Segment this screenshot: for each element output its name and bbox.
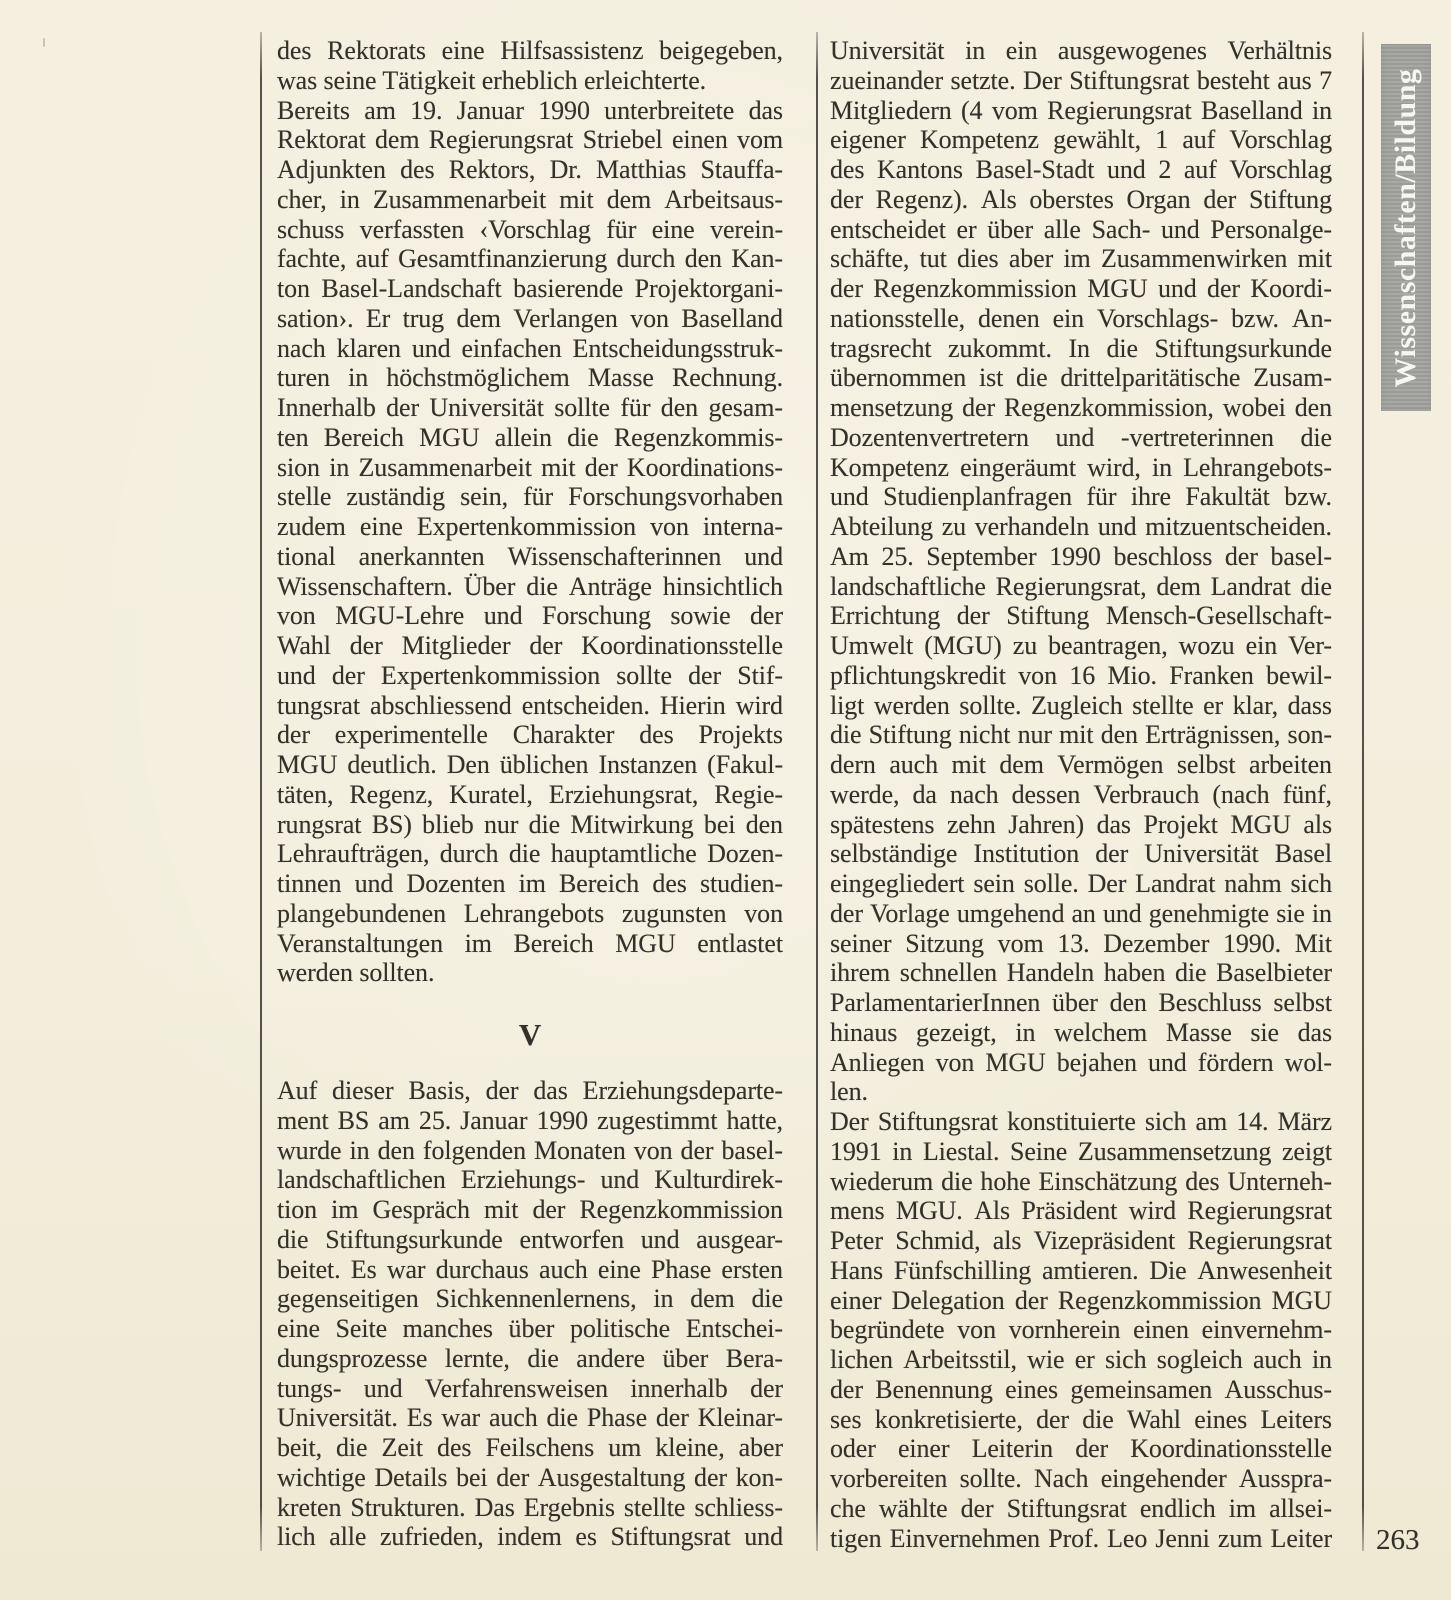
text-line: tigenEinvernehmenProf.LeoJennizumLeiter: [830, 1524, 1332, 1554]
text-line: Bereitsam19.Januar1990unterbreitetedas: [277, 96, 783, 126]
text-line: wiederumdiehoheEinschätzungdesUnterneh-: [830, 1167, 1332, 1197]
scanned-book-page: desRektoratseineHilfsassistenzbeigegeben…: [0, 0, 1451, 1600]
page-number: 263: [1376, 1524, 1420, 1556]
text-line: cher,inZusammenarbeitmitdemArbeitsaus-: [277, 185, 783, 215]
text-line: DerStiftungsratkonstituiertesicham14.Mär…: [830, 1107, 1332, 1137]
text-line: seinerSitzungvom13.Dezember1990.Mit: [830, 929, 1332, 959]
text-line: nachklarenundeinfachenEntscheidungsstruk…: [277, 334, 783, 364]
text-line: tonBasel-LandschaftbasierendeProjektorga…: [277, 274, 783, 304]
text-line: AnliegenvonMGUbejahenundfördernwol-: [830, 1048, 1332, 1078]
text-line: sation›.ErtrugdemVerlangenvonBaselland: [277, 304, 783, 334]
text-line: ParlamentarierInnenüberdenBeschlussselbs…: [830, 988, 1332, 1018]
text-line: wurdeindenfolgendenMonatenvonderbasel-: [277, 1136, 783, 1166]
text-line: wichtigeDetailsbeiderAusgestaltungderkon…: [277, 1463, 783, 1493]
text-line: Abteilungzuverhandelnundmitzuentscheiden…: [830, 512, 1332, 542]
text-line: dernauchmitdemVermögenselbstarbeiten: [830, 750, 1332, 780]
text-line: RektoratdemRegierungsratStriebeleinenvom: [277, 125, 783, 155]
text-line: 1991inLiestal.SeineZusammensetzungzeigt: [830, 1137, 1332, 1167]
text-line: was seine Tätigkeit erheblich erleichter…: [277, 66, 783, 96]
left-text-column: desRektoratseineHilfsassistenzbeigegeben…: [277, 36, 783, 1552]
text-line: schäfte,tutdiesaberimZusammenwirkenmit: [830, 244, 1332, 274]
text-line: zudemeineExpertenkommissionvoninterna-: [277, 512, 783, 542]
text-line: AufdieserBasis,derdasErziehungsdeparte-: [277, 1076, 783, 1106]
text-line: tungsratabschliessendentscheiden.Hierinw…: [277, 691, 783, 721]
text-line: seskonkretisierte,derdieWahleinesLeiters: [830, 1405, 1332, 1435]
text-line: eingegliedertseinsolle.DerLandratnahmsic…: [830, 869, 1332, 899]
text-line: derRegenz).AlsoberstesOrganderStiftung: [830, 185, 1332, 215]
text-line: einerDelegationderRegenzkommissionMGU: [830, 1286, 1332, 1316]
text-line: landschaftlicheRegierungsrat,demLandratd…: [830, 572, 1332, 602]
text-line: hinausgezeigt,inwelchemMassesiedas: [830, 1018, 1332, 1048]
text-line: gegenseitigenSichkennenlernens,indemdie: [277, 1284, 783, 1314]
text-line: ligtwerdensollte.Zugleichstellteerklar,d…: [830, 691, 1332, 721]
text-line: tionimGesprächmitderRegenzkommission: [277, 1195, 783, 1225]
text-line: lichallezufrieden,indemesStiftungsratund: [277, 1522, 783, 1552]
text-line: mentBSam25.Januar1990zugestimmthatte,: [277, 1106, 783, 1136]
text-line: ihremschnellenHandelnhabendieBaselbieter: [830, 958, 1332, 988]
text-line: pflichtungskreditvon16Mio.Frankenbewil-: [830, 661, 1332, 691]
text-line: mensetzungderRegenzkommission,wobeiden: [830, 393, 1332, 423]
text-line: werde,danachdessenVerbrauch(nachfünf,: [830, 780, 1332, 810]
text-line: tionalanerkanntenWissenschafterinnenund: [277, 542, 783, 572]
text-line: spätestenszehnJahren)dasProjektMGUals: [830, 810, 1332, 840]
text-line: schussverfassten‹Vorschlagfüreineverein-: [277, 215, 783, 245]
text-line: Lehraufträgen,durchdiehauptamtlicheDozen…: [277, 839, 783, 869]
text-line: UniversitätineinausgewogenesVerhältnis: [830, 36, 1332, 66]
text-line: sioninZusammenarbeitmitderKoordinations-: [277, 453, 783, 483]
text-line: selbständigeInstitutionderUniversitätBas…: [830, 839, 1332, 869]
text-line: begründetevonvornhereineineneinvernehm-: [830, 1315, 1332, 1345]
column-rule-middle: [816, 32, 818, 1551]
text-line: nationsstelle,deneneinVorschlags-bzw.An-: [830, 304, 1332, 334]
text-line: chewähltederStiftungsratendlichimallsei-: [830, 1494, 1332, 1524]
text-line: werden sollten.: [277, 958, 783, 988]
text-line: Umwelt(MGU)zubeantragen,wozueinVer-: [830, 631, 1332, 661]
column-rule-right: [1362, 32, 1364, 1551]
text-line: rungsratBS)bliebnurdieMitwirkungbeiden: [277, 810, 783, 840]
text-line: lichenArbeitsstil,wieersichsogleichauchi…: [830, 1345, 1332, 1375]
text-line: Kompetenzeingeräumtwird,inLehrangebots-: [830, 453, 1332, 483]
text-line: fachte,aufGesamtfinanzierungdurchdenKan-: [277, 244, 783, 274]
text-line: InnerhalbderUniversitätsolltefürdengesam…: [277, 393, 783, 423]
text-line: PeterSchmid,alsVizepräsidentRegierungsra…: [830, 1226, 1332, 1256]
text-line: übernommenistdiedrittelparitätischeZusam…: [830, 363, 1332, 393]
right-text-column: UniversitätineinausgewogenesVerhältniszu…: [830, 36, 1332, 1553]
text-line: stellezuständigsein,fürForschungsvorhabe…: [277, 482, 783, 512]
text-line: tenBereichMGUalleindieRegenzkommis-: [277, 423, 783, 453]
column-rule-left: [260, 32, 262, 1551]
text-line: kretenStrukturen.DasErgebnisstellteschli…: [277, 1493, 783, 1523]
text-line: tungs-undVerfahrensweiseninnerhalbder: [277, 1374, 783, 1404]
text-line: dieStiftungnichtnurmitdenErträgnissen,so…: [830, 720, 1332, 750]
section-tab-label: Wissenschaften/Bildung: [1389, 68, 1423, 387]
text-line: derBenennungeinesgemeinsamenAusschus-: [830, 1375, 1332, 1405]
text-line: tureninhöchstmöglichemMasseRechnung.: [277, 363, 783, 393]
text-line: Wissenschaftern.ÜberdieAnträgehinsichtli…: [277, 572, 783, 602]
text-line: landschaftlichenErziehungs-undKulturdire…: [277, 1165, 783, 1195]
text-line: derRegenzkommissionMGUundderKoordi-: [830, 274, 1332, 304]
text-line: WahlderMitgliederderKoordinationsstelle: [277, 631, 783, 661]
text-line: MGUdeutlich.DenüblichenInstanzen(Fakul-: [277, 750, 783, 780]
text-line: zueinandersetzte.DerStiftungsratbestehta…: [830, 66, 1332, 96]
text-line: AdjunktendesRektors,Dr.MatthiasStauffa-: [277, 155, 783, 185]
text-line: undderExpertenkommissionsolltederStif-: [277, 661, 783, 691]
text-line: tinnenundDozentenimBereichdesstudien-: [277, 869, 783, 899]
text-line: derVorlageumgehendanundgenehmigtesiein: [830, 899, 1332, 929]
text-line: Dozentenvertreternund-vertreterinnendie: [830, 423, 1332, 453]
section-tab: Wissenschaften/Bildung: [1381, 44, 1431, 411]
text-line: desRektoratseineHilfsassistenzbeigegeben…: [277, 36, 783, 66]
section-heading: V: [277, 1018, 783, 1052]
text-line: Universität.EswarauchdiePhasederKleinar-: [277, 1403, 783, 1433]
text-line: undStudienplanfragenfürihreFakultätbzw.: [830, 482, 1332, 512]
text-line: vonMGU-LehreundForschungsowieder: [277, 601, 783, 631]
text-line: eigenerKompetenzgewählt,1aufVorschlag: [830, 125, 1332, 155]
text-line: täten,Regenz,Kuratel,Erziehungsrat,Regie…: [277, 780, 783, 810]
text-line: Mitgliedern(4vomRegierungsratBasellandin: [830, 96, 1332, 126]
text-line: ErrichtungderStiftungMensch-Gesellschaft…: [830, 601, 1332, 631]
text-line: len.: [830, 1077, 1332, 1107]
text-line: VeranstaltungenimBereichMGUentlastet: [277, 929, 783, 959]
text-line: odereinerLeiterinderKoordinationsstelle: [830, 1434, 1332, 1464]
text-line: beitet.EswardurchausaucheinePhaseersten: [277, 1255, 783, 1285]
text-line: beit,dieZeitdesFeilschensumkleine,aber: [277, 1433, 783, 1463]
scan-speck: [43, 38, 45, 47]
text-line: mensMGU.AlsPräsidentwirdRegierungsrat: [830, 1196, 1332, 1226]
text-line: HansFünfschillingamtieren.DieAnwesenheit: [830, 1256, 1332, 1286]
text-line: entscheideterüberalleSach-undPersonalge-: [830, 215, 1332, 245]
text-line: dieStiftungsurkundeentworfenundausgear-: [277, 1225, 783, 1255]
text-line: vorbereitensollte.NacheingehenderAusspra…: [830, 1464, 1332, 1494]
text-line: eineSeitemanchesüberpolitischeEntschei-: [277, 1314, 783, 1344]
text-line: plangebundenenLehrangebotszugunstenvon: [277, 899, 783, 929]
text-line: tragsrechtzukommt.IndieStiftungsurkunde: [830, 334, 1332, 364]
text-line: desKantonsBasel-Stadtund2aufVorschlag: [830, 155, 1332, 185]
text-line: Am25.September1990beschlossderbasel-: [830, 542, 1332, 572]
text-line: dungsprozesselernte,dieandereüberBera-: [277, 1344, 783, 1374]
text-line: derexperimentelleCharakterdesProjekts: [277, 720, 783, 750]
